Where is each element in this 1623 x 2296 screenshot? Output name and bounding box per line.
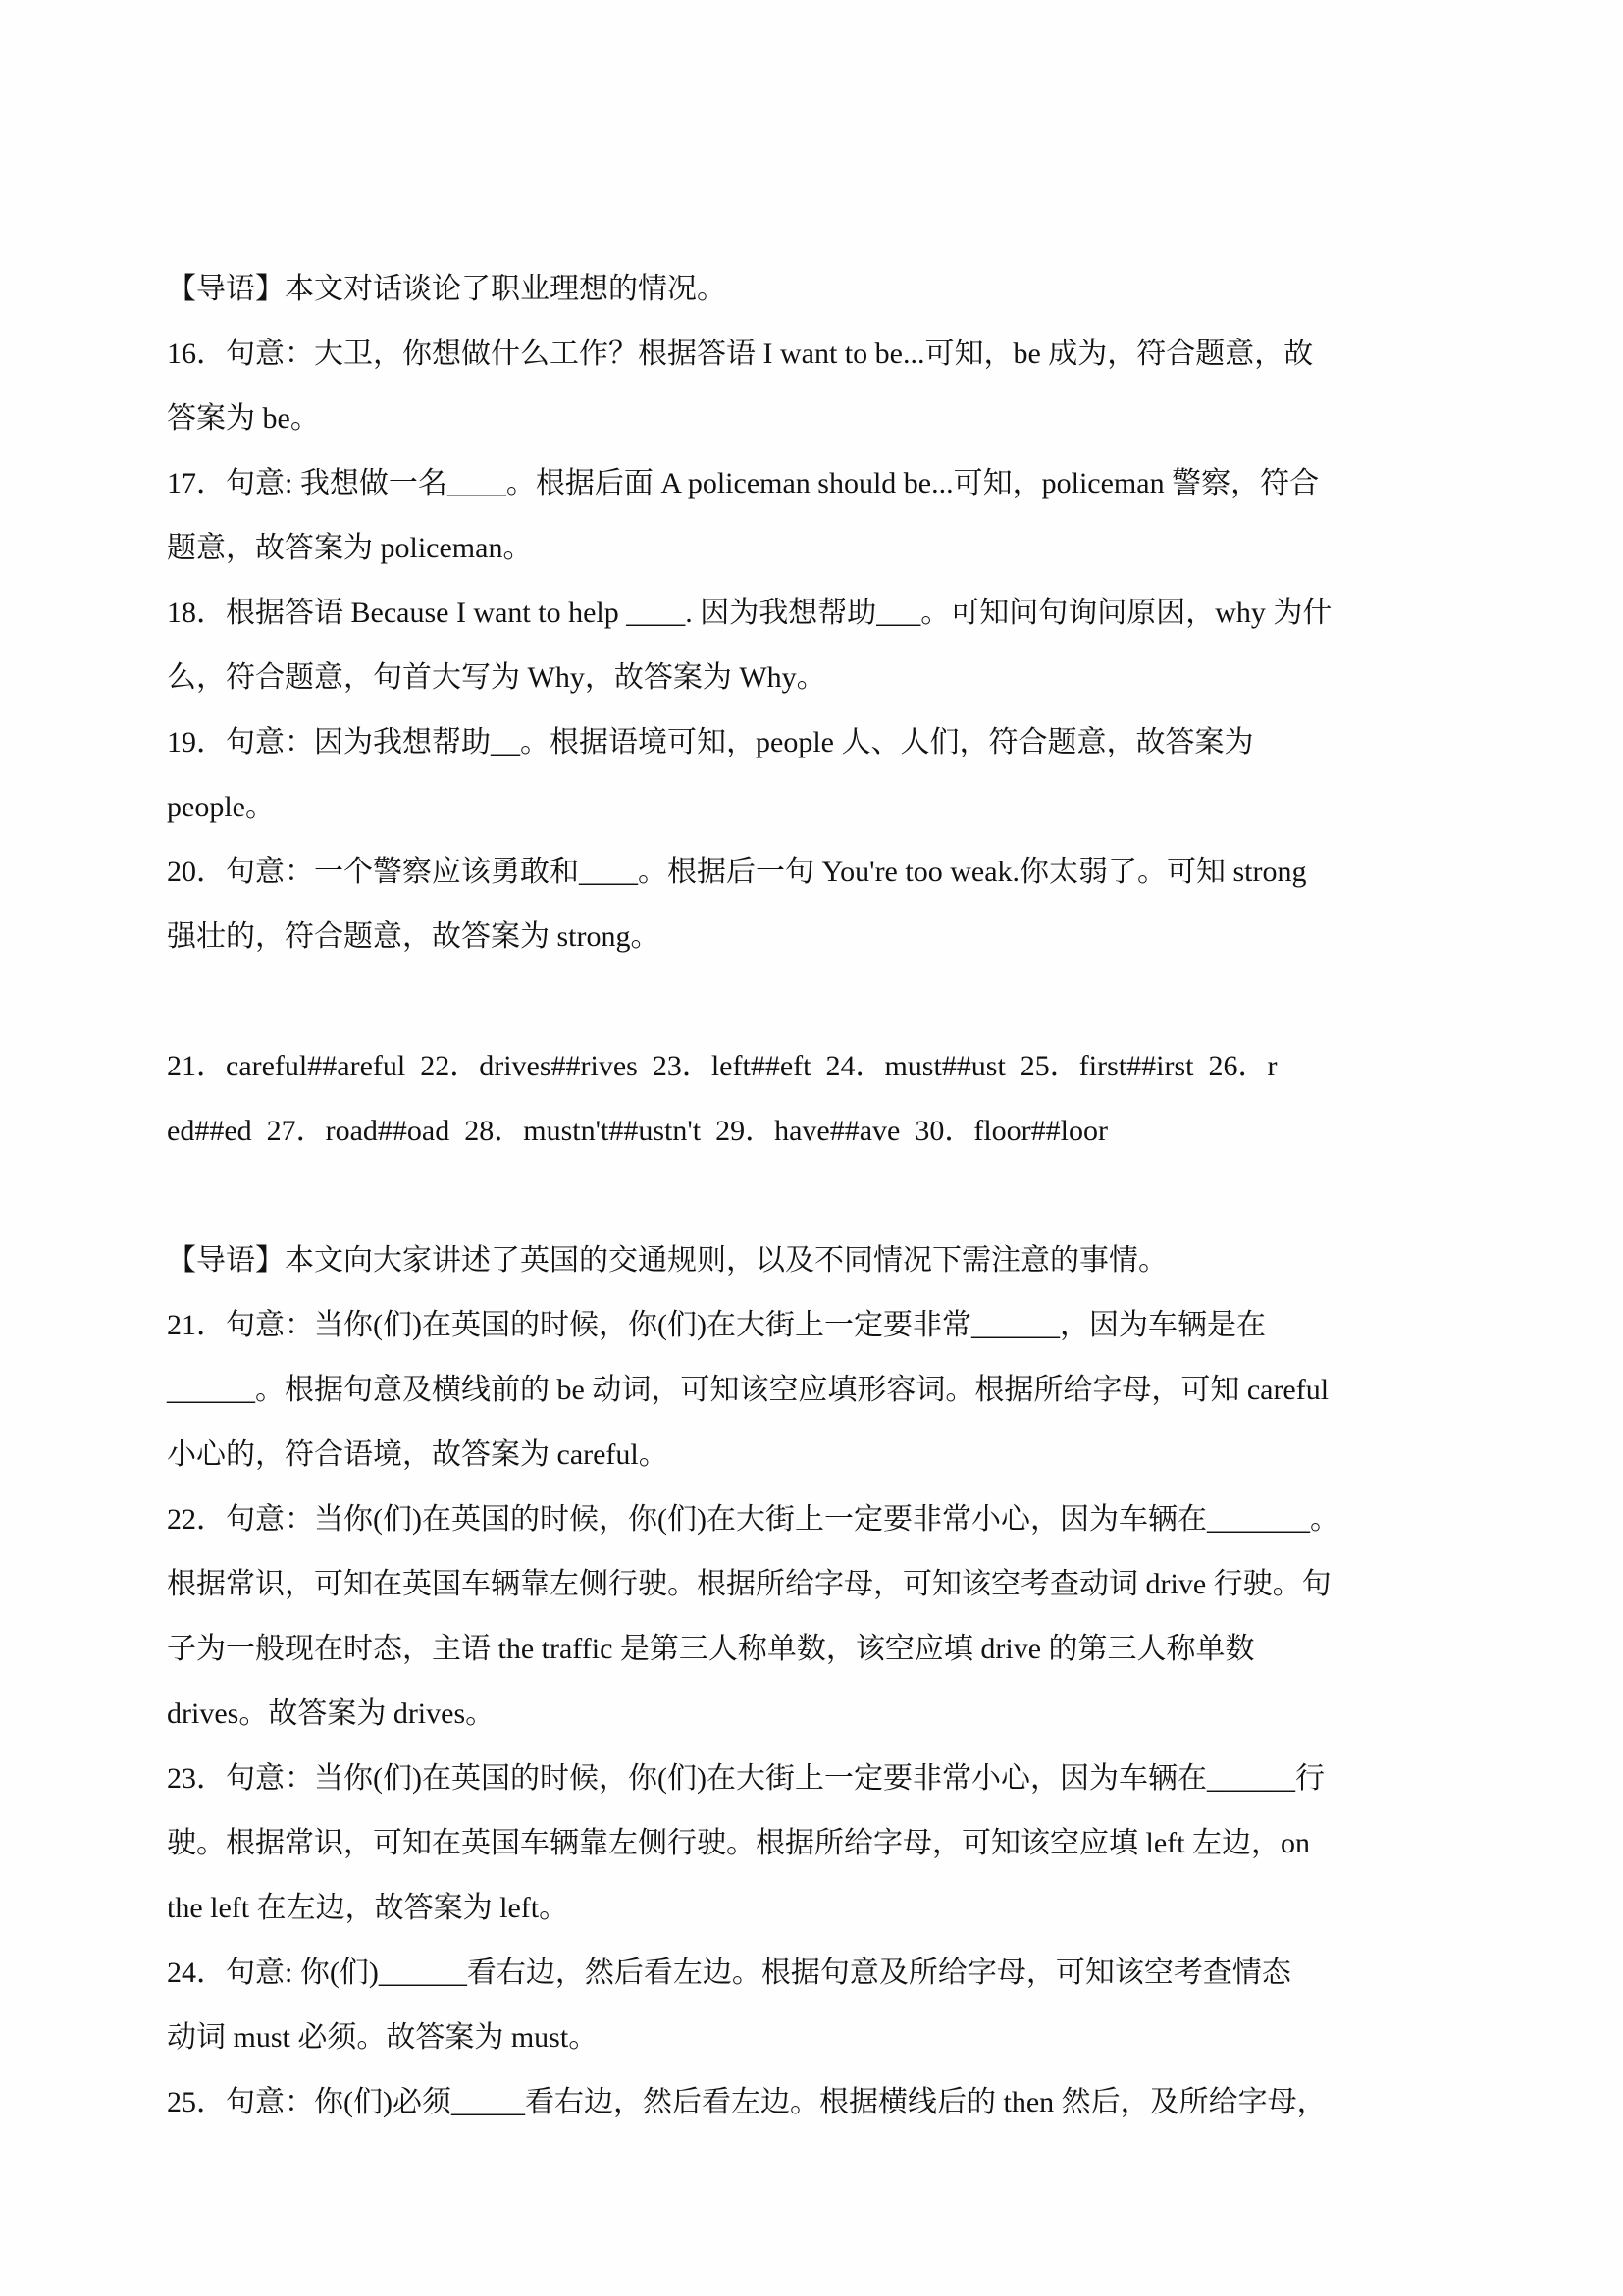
text-line: ______。根据句意及横线前的 be 动词，可知该空应填形容词。根据所给字母，…: [167, 1358, 1482, 1423]
text-line: 19．句意：因为我想帮助__。根据语境可知，people 人、人们，符合题意，故…: [167, 710, 1482, 775]
document-page: 【导语】本文对话谈论了职业理想的情况。 16．句意：大卫，你想做什么工作？根据答…: [0, 0, 1623, 2296]
answers-line: ed##ed 27．road##oad 28．mustn't##ustn't 2…: [167, 1099, 1482, 1164]
section-passage-1-explanations: 【导语】本文对话谈论了职业理想的情况。 16．句意：大卫，你想做什么工作？根据答…: [167, 257, 1482, 969]
text-line: 23．句意：当你(们)在英国的时候，你(们)在大街上一定要非常小心，因为车辆在_…: [167, 1747, 1482, 1811]
text-line: 答案为 be。: [167, 387, 1482, 451]
text-line: 20．句意：一个警察应该勇敢和____。根据后一句 You're too wea…: [167, 840, 1482, 905]
text-line: 24．句意: 你(们)______看右边，然后看左边。根据句意及所给字母，可知该…: [167, 1941, 1482, 2006]
intro-note-passage-1: 【导语】本文对话谈论了职业理想的情况。: [167, 257, 1482, 322]
text-line: people。: [167, 775, 1482, 840]
section-passage-2-explanations: 【导语】本文向大家讲述了英国的交通规则，以及不同情况下需注意的事情。 21．句意…: [167, 1228, 1482, 2135]
text-line: 25．句意：你(们)必须_____看右边，然后看左边。根据横线后的 then 然…: [167, 2070, 1482, 2135]
text-line: 16．句意：大卫，你想做什么工作？根据答语 I want to be...可知，…: [167, 322, 1482, 387]
text-line: 小心的，符合语境，故答案为 careful。: [167, 1423, 1482, 1487]
text-line: 强壮的，符合题意，故答案为 strong。: [167, 905, 1482, 969]
text-line: 么，符合题意，句首大写为 Why，故答案为 Why。: [167, 646, 1482, 710]
intro-note-passage-2: 【导语】本文向大家讲述了英国的交通规则，以及不同情况下需注意的事情。: [167, 1228, 1482, 1293]
answers-line: 21．careful##areful 22．drives##rives 23．l…: [167, 1034, 1482, 1099]
text-line: 根据常识，可知在英国车辆靠左侧行驶。根据所给字母，可知该空考查动词 drive …: [167, 1552, 1482, 1617]
text-line: 驶。根据常识，可知在英国车辆靠左侧行驶。根据所给字母，可知该空应填 left 左…: [167, 1811, 1482, 1876]
text-line: drives。故答案为 drives。: [167, 1682, 1482, 1747]
text-line: 22．句意：当你(们)在英国的时候，你(们)在大街上一定要非常小心，因为车辆在_…: [167, 1487, 1482, 1552]
text-line: 子为一般现在时态，主语 the traffic 是第三人称单数，该空应填 dri…: [167, 1617, 1482, 1682]
text-line: 18．根据答语 Because I want to help ____. 因为我…: [167, 581, 1482, 646]
blank-line: [167, 969, 1482, 1034]
text-line: 动词 must 必须。故答案为 must。: [167, 2006, 1482, 2070]
text-line: the left 在左边，故答案为 left。: [167, 1876, 1482, 1941]
blank-line: [167, 1164, 1482, 1228]
section-answers-21-30: 21．careful##areful 22．drives##rives 23．l…: [167, 1034, 1482, 1164]
text-line: 21．句意：当你(们)在英国的时候，你(们)在大街上一定要非常______，因为…: [167, 1293, 1482, 1358]
text-line: 题意，故答案为 policeman。: [167, 516, 1482, 581]
text-line: 17．句意: 我想做一名____。根据后面 A policeman should…: [167, 451, 1482, 516]
document-text-block: 【导语】本文对话谈论了职业理想的情况。 16．句意：大卫，你想做什么工作？根据答…: [167, 257, 1482, 2135]
